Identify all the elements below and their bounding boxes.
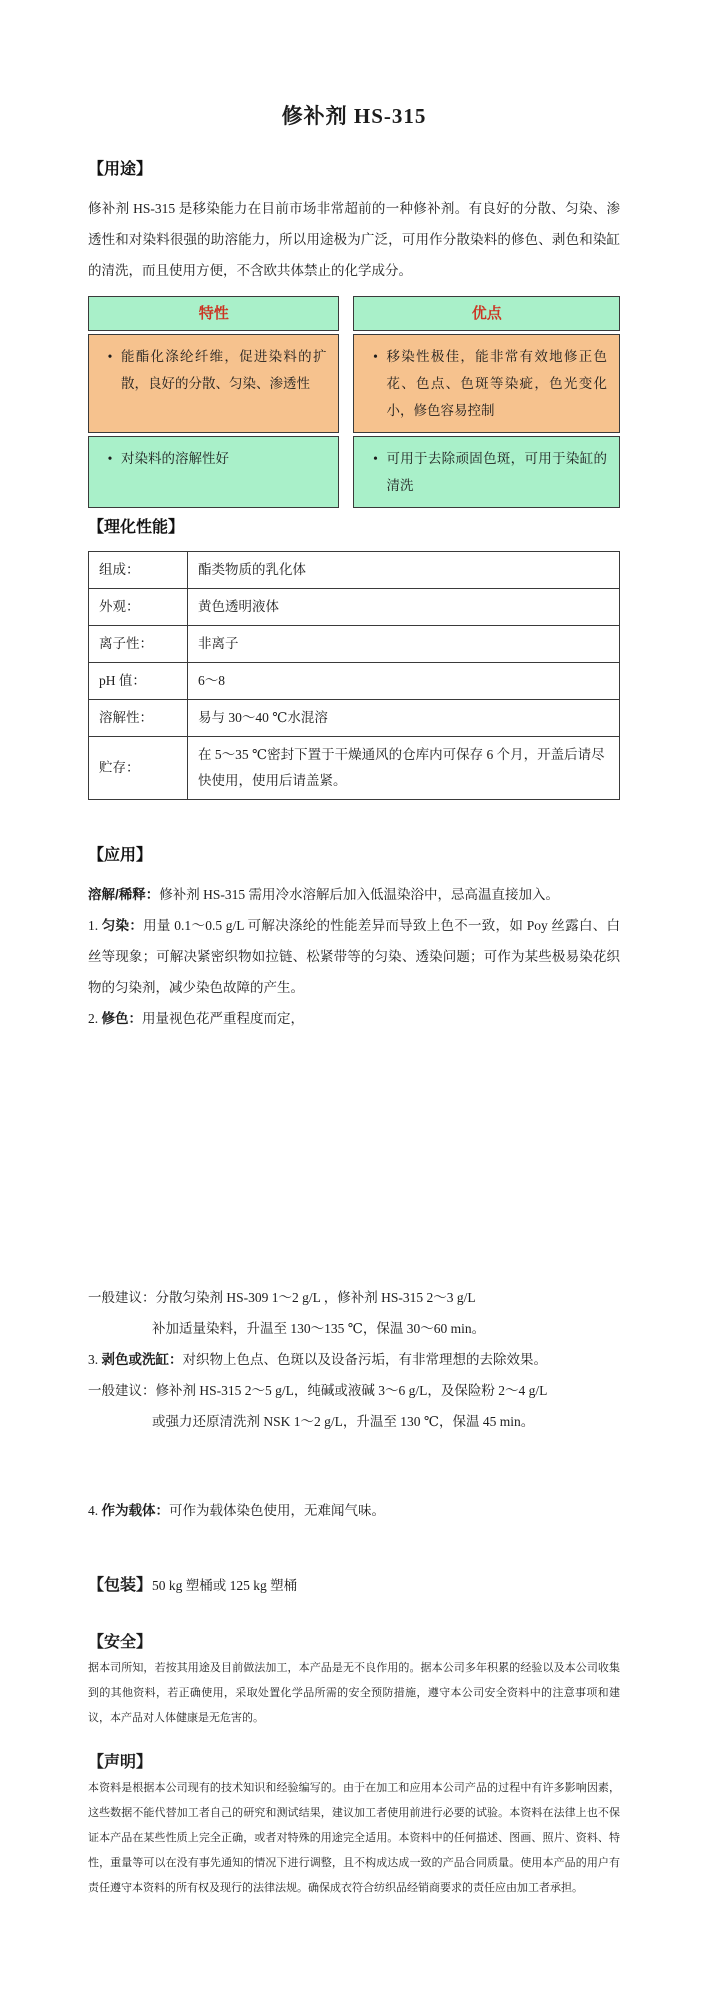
property-label: 溶解性： (89, 700, 188, 737)
item-label: 作为载体： (102, 1503, 170, 1518)
section-heading-packaging: 【包装】 (88, 1577, 152, 1594)
feature-row2-right: 可用于去除顽固色斑，可用于染缸的清洗 (386, 445, 607, 499)
application-item-2: 2. 修色：用量视色花严重程度而定， (88, 1003, 620, 1034)
blank-gap (88, 1601, 620, 1629)
item-number: 2. (88, 1011, 98, 1026)
item-text: 对织物上色点、色斑以及设备污垢，有非常理想的去除效果。 (183, 1352, 548, 1367)
features-table-cell: • 可用于去除顽固色斑，可用于染缸的清洗 (353, 436, 620, 508)
section-heading-safety: 【安全】 (88, 1629, 620, 1652)
blank-gap (88, 1034, 620, 1282)
table-row: 离子性： 非离子 (89, 626, 620, 663)
page-title: 修补剂 HS-315 (88, 100, 620, 130)
item-text: 用量视色花严重程度而定， (142, 1011, 304, 1026)
property-value: 酯类物质的乳化体 (188, 552, 620, 589)
application-dissolve-line: 溶解/稀释：修补剂 HS-315 需用冷水溶解后加入低温染浴中，忌高温直接加入。 (88, 879, 620, 910)
property-value: 非离子 (188, 626, 620, 663)
features-table-header-left: 特性 (88, 296, 339, 331)
bullet-icon: • (99, 445, 121, 472)
features-table-header-right: 优点 (353, 296, 620, 331)
property-label: 组成： (89, 552, 188, 589)
application-item-1: 1. 匀染：用量 0.1～0.5 g/L 可解决涤纶的性能差异而导致上色不一致，… (88, 910, 620, 1003)
property-label: 外观： (89, 589, 188, 626)
item-text: 可作为载体染色使用，无难闻气味。 (169, 1503, 385, 1518)
features-table-cell: • 对染料的溶解性好 (88, 436, 339, 508)
item-label: 修色： (102, 1011, 143, 1026)
bullet-icon: • (364, 445, 386, 499)
property-value: 易与 30～40 ℃水混溶 (188, 700, 620, 737)
features-advantages-table: 特性 优点 • 能酯化涤纶纤维，促进染料的扩散，良好的分散、匀染、渗透性 • 移… (88, 296, 620, 508)
application-item-4: 4. 作为载体：可作为载体染色使用，无难闻气味。 (88, 1495, 620, 1526)
property-value: 黄色透明液体 (188, 589, 620, 626)
packaging-line: 【包装】50 kg 塑桶或 125 kg 塑桶 (88, 1570, 620, 1601)
suggestion-line-continued: 补加适量染料，升温至 130～135 ℃，保温 30～60 min。 (88, 1313, 620, 1344)
section-heading-properties: 【理化性能】 (88, 514, 620, 537)
property-value: 在 5～35 ℃密封下置于干燥通风的仓库内可保存 6 个月，开盖后请尽快使用，使… (188, 737, 620, 800)
table-row: 溶解性： 易与 30～40 ℃水混溶 (89, 700, 620, 737)
table-row: 外观： 黄色透明液体 (89, 589, 620, 626)
property-label: pH 值： (89, 663, 188, 700)
section-heading-application: 【应用】 (88, 842, 620, 865)
dissolve-label: 溶解/稀释： (88, 887, 159, 902)
property-label: 离子性： (89, 626, 188, 663)
blank-gap (88, 1526, 620, 1570)
property-value: 6～8 (188, 663, 620, 700)
item-text: 用量 0.1～0.5 g/L 可解决涤纶的性能差异而导致上色不一致，如 Poy … (88, 918, 620, 995)
suggestion-line: 一般建议：分散匀染剂 HS-309 1～2 g/L ，修补剂 HS-315 2～… (88, 1282, 620, 1313)
bullet-icon: • (99, 343, 121, 397)
suggestion-line: 一般建议：修补剂 HS-315 2～5 g/L，纯碱或液碱 3～6 g/L，及保… (88, 1375, 620, 1406)
dissolve-text: 修补剂 HS-315 需用冷水溶解后加入低温染浴中，忌高温直接加入。 (159, 887, 559, 902)
features-table-cell: • 能酯化涤纶纤维，促进染料的扩散，良好的分散、匀染、渗透性 (88, 334, 339, 433)
document-page: 修补剂 HS-315 【用途】 修补剂 HS-315 是移染能力在目前市场非常超… (0, 0, 707, 2000)
feature-row2-left: 对染料的溶解性好 (121, 445, 326, 472)
bullet-icon: • (364, 343, 386, 424)
item-number: 4. (88, 1503, 98, 1518)
item-label: 剥色或洗缸： (102, 1352, 183, 1367)
blank-gap (88, 1437, 620, 1495)
packaging-text: 50 kg 塑桶或 125 kg 塑桶 (152, 1578, 297, 1593)
item-number: 3. (88, 1352, 98, 1367)
item-number: 1. (88, 918, 98, 933)
feature-row1-left: 能酯化涤纶纤维，促进染料的扩散，良好的分散、匀染、渗透性 (121, 343, 326, 397)
item-label: 匀染： (102, 918, 143, 933)
usage-paragraph: 修补剂 HS-315 是移染能力在目前市场非常超前的一种修补剂。有良好的分散、匀… (88, 193, 620, 286)
application-item-3: 3. 剥色或洗缸：对织物上色点、色斑以及设备污垢，有非常理想的去除效果。 (88, 1344, 620, 1375)
features-table-cell: • 移染性极佳，能非常有效地修正色花、色点、色斑等染疵，色光变化小，修色容易控制 (353, 334, 620, 433)
safety-paragraph: 据本司所知，若按其用途及目前做法加工，本产品是无不良作用的。据本公司多年积累的经… (88, 1656, 620, 1731)
table-row: 贮存： 在 5～35 ℃密封下置于干燥通风的仓库内可保存 6 个月，开盖后请尽快… (89, 737, 620, 800)
section-heading-statement: 【声明】 (88, 1749, 620, 1772)
table-row: pH 值： 6～8 (89, 663, 620, 700)
physicochemical-properties-table: 组成： 酯类物质的乳化体 外观： 黄色透明液体 离子性： 非离子 pH 值： 6… (88, 551, 620, 800)
feature-row1-right: 移染性极佳，能非常有效地修正色花、色点、色斑等染疵，色光变化小，修色容易控制 (386, 343, 607, 424)
statement-paragraph: 本资料是根据本公司现有的技术知识和经验编写的。由于在加工和应用本公司产品的过程中… (88, 1776, 620, 1901)
section-heading-usage: 【用途】 (88, 156, 620, 179)
property-label: 贮存： (89, 737, 188, 800)
suggestion-line-continued: 或强力还原清洗剂 NSK 1～2 g/L，升温至 130 ℃，保温 45 min… (88, 1406, 620, 1437)
table-row: 组成： 酯类物质的乳化体 (89, 552, 620, 589)
